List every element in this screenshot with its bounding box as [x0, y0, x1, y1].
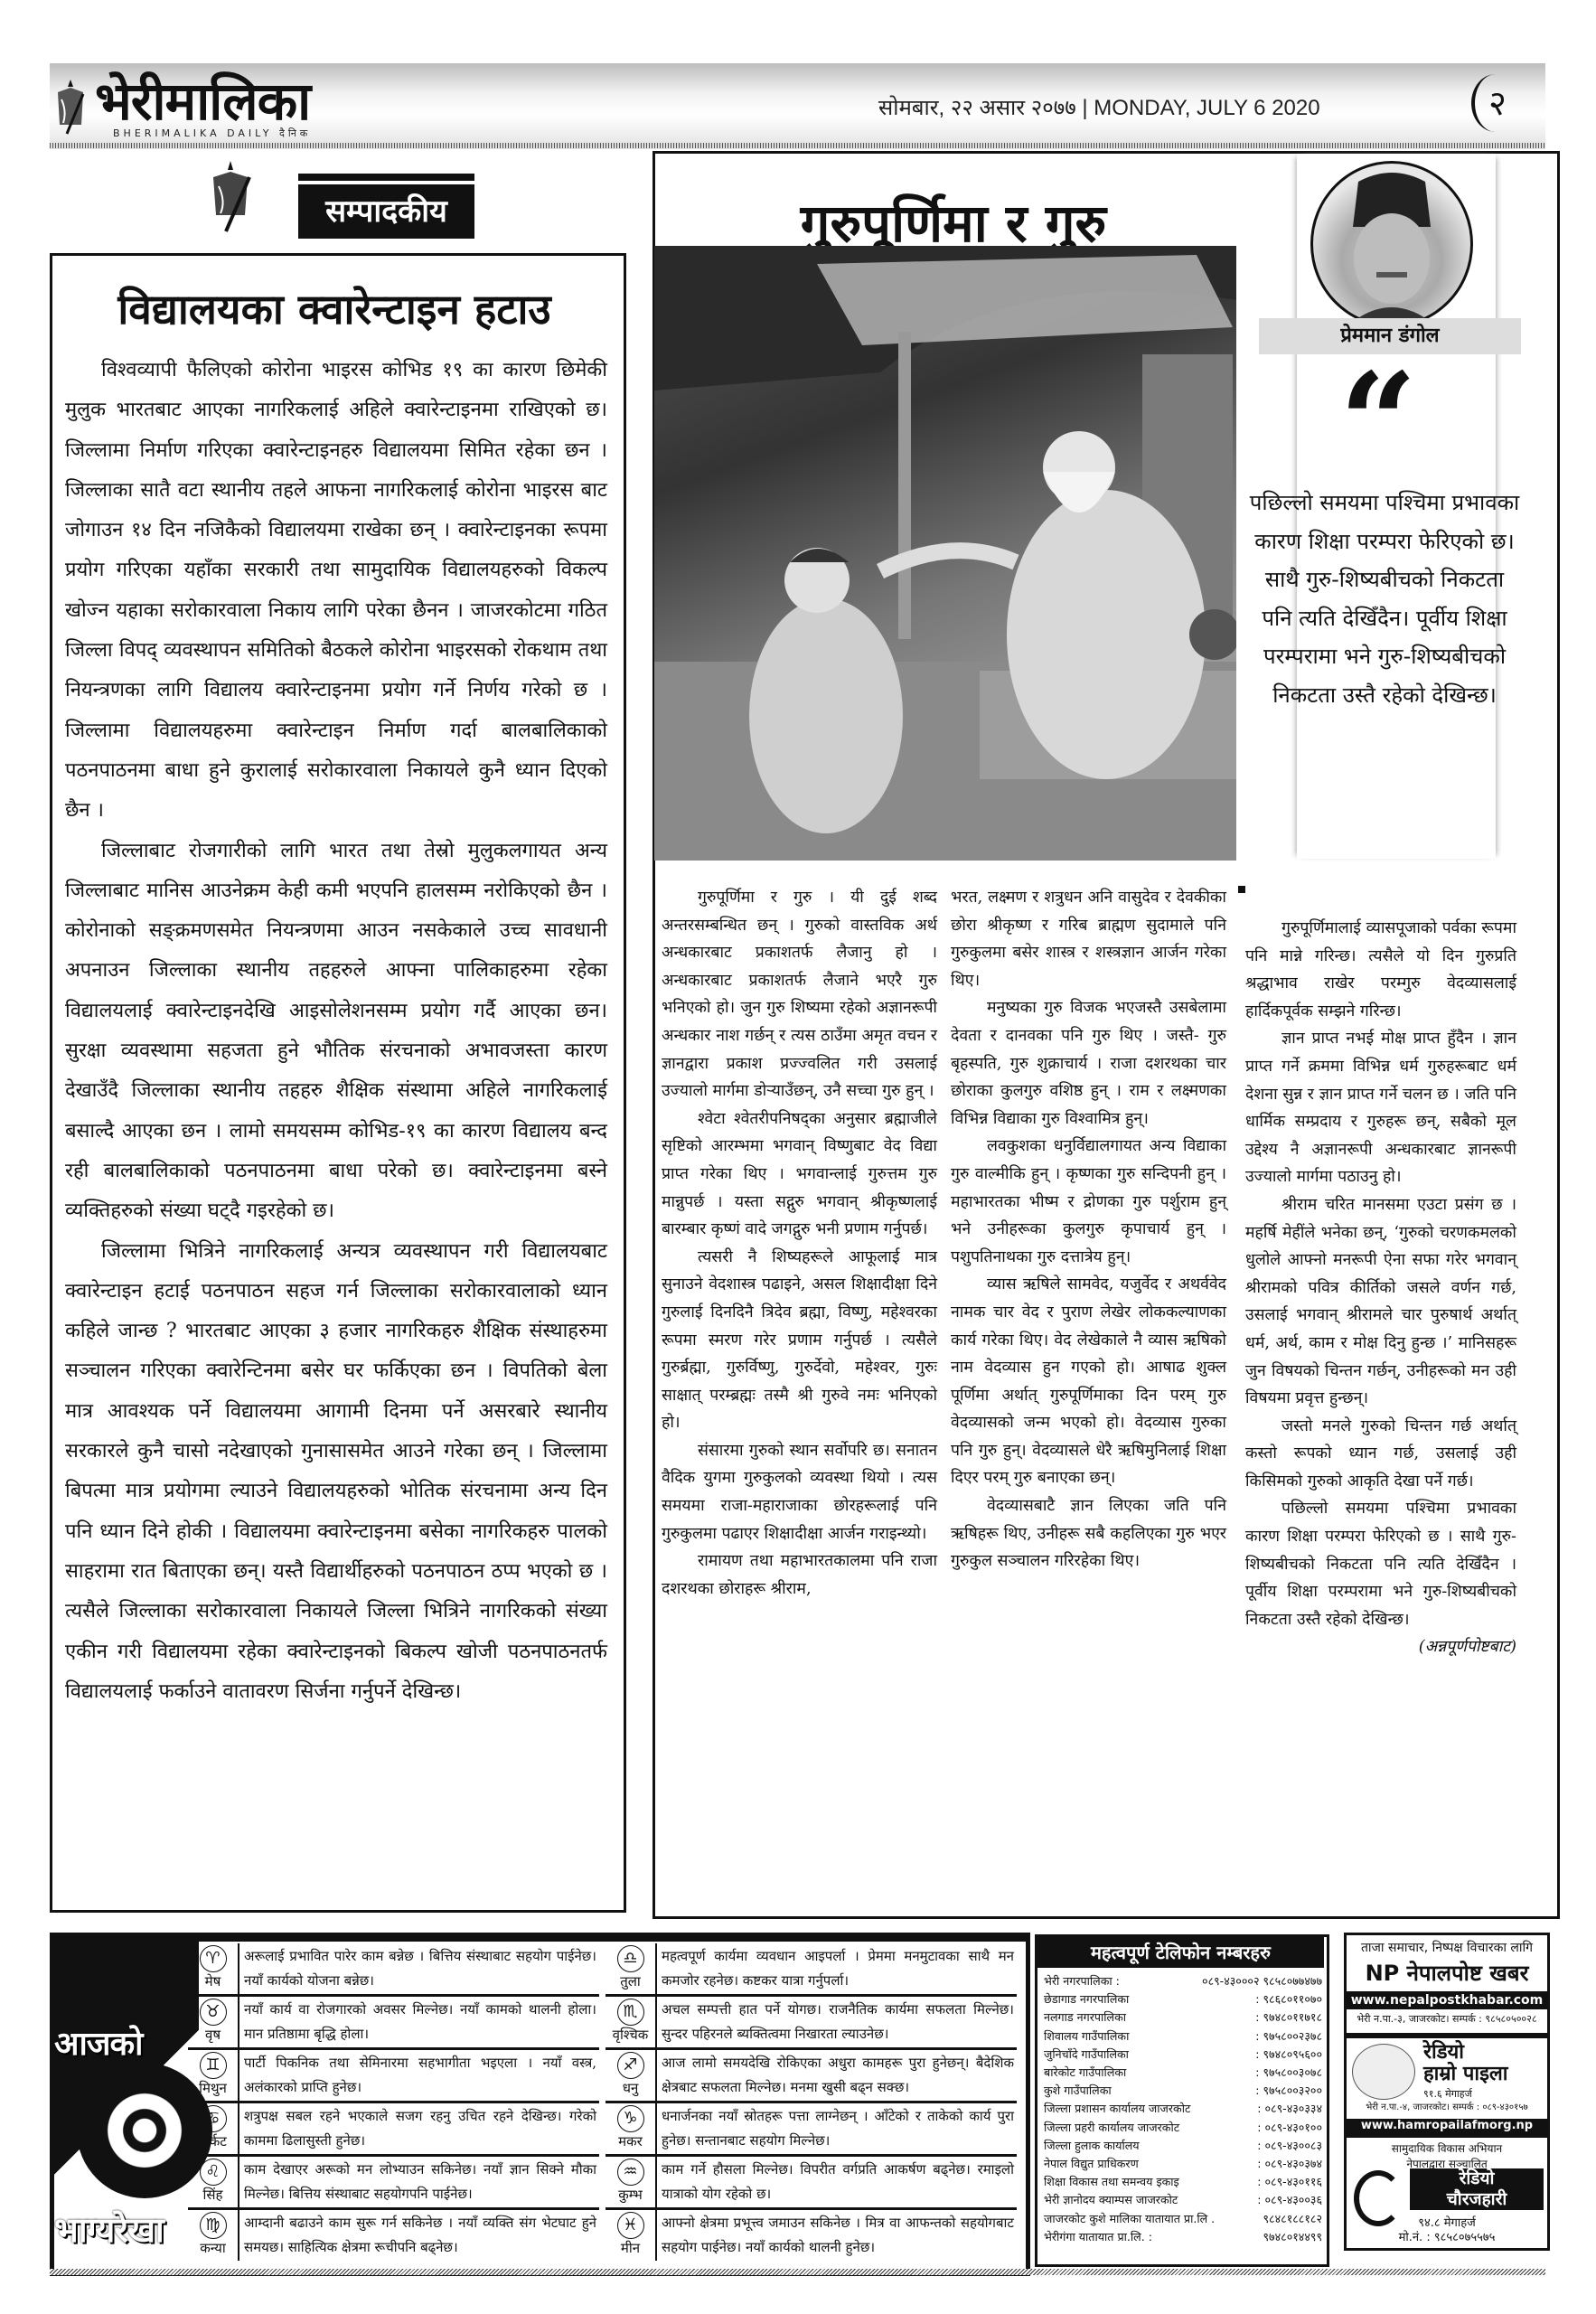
sign-name: मेष: [205, 1973, 221, 1989]
article-paragraph: श्वेटा श्वेतरीपनिषद्का अनुसार ब्रह्माजील…: [662, 1105, 937, 1244]
article-paragraph: भरत, लक्ष्मण र शत्रुधन अनि वासुदेव र देव…: [951, 884, 1226, 994]
phone-row: नेपाल विद्युत प्राधिकरण: ०८९-४३०३७४: [1044, 2155, 1322, 2173]
phone-number: : ९७४८०९५६००: [1255, 2046, 1322, 2064]
nepalpost-url-link[interactable]: www.nepalpostkhabar.com: [1347, 1991, 1547, 2009]
phone-row: बारेकोट गाउँपालिका: ९७५८००३०७८: [1044, 2064, 1322, 2082]
radio-chaurjahari-name: रेडियो चौरजहारी: [1410, 2168, 1544, 2210]
editorial-paragraph: विश्वव्यापी फैलिएको कोरोना भाइरस कोभिड १…: [65, 351, 607, 832]
phone-row: जुनिचाँदे गाउँपालिका: ९७४८०९५६००: [1044, 2046, 1322, 2064]
editorial-title: विद्यालयका क्वारेन्टाइन हटाउ: [63, 280, 606, 336]
phone-numbers-list: भेरी नगरपालिका :०८९-४३०००२ ९८५८०७७४७७ छे…: [1044, 1972, 1322, 2246]
phone-label: बारेकोट गाउँपालिका: [1044, 2064, 1126, 2082]
sign-name: तुला: [620, 1973, 641, 1989]
horoscope-title-bottom: भाग्यरेखा: [54, 2206, 164, 2253]
sign-forecast: आज लामो समयदेखि रोकिएका अधुरा कामहरू पुर…: [662, 2051, 1014, 2100]
nepalpost-tagline: ताजा समाचार, निष्पक्ष विचारका लागि: [1347, 1939, 1547, 1956]
phone-row: भेरी ज्ञानोदय क्याम्पस जाजरकोट: ०८९-४३००…: [1044, 2191, 1322, 2209]
radio-hamropaila-logo-icon: [1352, 2044, 1415, 2100]
chaurjahari-contact: मो.नं. : ९८५८०७५५७५: [1347, 2228, 1547, 2244]
sign-name: कर्कट: [199, 2133, 227, 2149]
sign-name: मिथुन: [199, 2080, 227, 2096]
sign-name: कन्या: [200, 2240, 226, 2256]
phone-label: शिक्षा विकास तथा समन्वय इकाइ: [1044, 2173, 1179, 2191]
phone-row: कुशे गाउँपालिका: ९७५८००३२००: [1044, 2082, 1322, 2100]
horoscope-row-dhanu: ♐धनु आज लामो समयदेखि रोकिएका अधुरा कामहर…: [606, 2050, 1017, 2103]
horoscope-row-kumbha: ♒कुम्भ काम गर्ने हौसला मिल्नेछ। विपरीत व…: [606, 2157, 1017, 2210]
article-column-3: गुरुपूर्णिमालाई व्यासपूजाको पर्वका रूपमा…: [1245, 915, 1516, 1661]
sign-forecast: शत्रुपक्ष सबल रहने भएकाले सजग रहनु उचित …: [244, 2104, 596, 2153]
phone-label: भेरी ज्ञानोदय क्याम्पस जाजरकोट: [1044, 2191, 1178, 2209]
article-paragraph: श्रीराम चरित मानसमा एउटा प्रसंग छ । महर्…: [1245, 1191, 1516, 1413]
phone-numbers-title: महत्वपूर्ण टेलिफोन नम्बरहरु: [1037, 1937, 1324, 1968]
sign-name: वृश्चिक: [613, 2027, 649, 2043]
horoscope-row-mesh: ♈मेष अरूलाई प्रभावित पारेर काम बन्नेछ । …: [188, 1943, 599, 1997]
phone-number: : ९७५८००३२००: [1255, 2082, 1322, 2100]
phone-row: नलगाड नगरपालिका: ९७४८०११७१८: [1044, 2008, 1322, 2027]
phone-number: : ९७५८००२३७८: [1255, 2027, 1322, 2046]
article-column-2: भरत, लक्ष्मण र शत्रुधन अनि वासुदेव र देव…: [951, 884, 1226, 1576]
article-illustration: [654, 246, 1236, 861]
horoscope-row-vrishchik: ♏वृश्चिक अचल सम्पत्ती हात पर्ने योगछ। रा…: [606, 1997, 1017, 2050]
phone-number: : ०८९-४३०१००: [1257, 2119, 1322, 2137]
pisces-icon: ♓: [617, 2212, 644, 2239]
aquarius-icon: ♒: [617, 2159, 644, 2186]
phone-number: : ९७५८००३०७८: [1255, 2064, 1322, 2082]
radio-hamropaila-contact: भेरी न.पा.-४, जाजरकोट। सम्पर्क : ०८९-४३०…: [1347, 2100, 1547, 2112]
phone-label: भेरी नगरपालिका :: [1044, 1972, 1120, 1990]
article-column-1: गुरुपूर्णिमा र गुरु । यी दुई शब्द अन्तरस…: [662, 884, 937, 1603]
phone-number: : ९८६८०११०७०: [1255, 1990, 1322, 2008]
phone-row: शिक्षा विकास तथा समन्वय इकाइ: ०८९-४३०११६: [1044, 2173, 1322, 2191]
editorial-paragraph: जिल्लाबाट रोजगारीको लागि भारत तथा तेस्रो…: [65, 832, 607, 1232]
article-paragraph: जस्तो मनले गुरुको चिन्तन गर्छ अर्थात् कस…: [1245, 1413, 1516, 1496]
phone-row: शिवालय गाउँपालिका: ९७५८००२३७८: [1044, 2027, 1322, 2046]
phone-label: छेडागाड नगरपालिका: [1044, 1990, 1129, 2008]
phone-row: जाजरकोट कुशे मालिका यातायात प्रा.लि .९८४…: [1044, 2210, 1322, 2228]
sign-forecast: पार्टी पिकनिक तथा सेमिनारमा सहभागीता भइए…: [244, 2051, 596, 2100]
sign-forecast: अरूलाई प्रभावित पारेर काम बन्नेछ । बित्त…: [244, 1944, 596, 1993]
sign-name: मीन: [621, 2240, 640, 2256]
sagittarius-icon: ♐: [617, 2052, 644, 2079]
article-paragraph: वेदव्यासबाटै ज्ञान लिएका जति पनि ऋषिहरू …: [951, 1492, 1226, 1576]
horoscope-title-top: आजको: [54, 2020, 142, 2065]
dateline: सोमबार, २२ असार २०७७ | MONDAY, JULY 6 20…: [878, 92, 1320, 122]
phone-row: भेरी नगरपालिका :०८९-४३०००२ ९८५८०७७४७७: [1044, 1972, 1322, 1990]
sign-name: सिंह: [203, 2187, 223, 2203]
radio-hamropaila-url-link[interactable]: www.hamropailafmorg.np: [1347, 2119, 1547, 2132]
horoscope-row-vrish: ♉वृष नयाँ कार्य वा रोजगारको अवसर मिल्नेछ…: [188, 1997, 599, 2050]
phone-label: कुशे गाउँपालिका: [1044, 2082, 1112, 2100]
phone-number: ०८९-४३०००२ ९८५८०७७४७७: [1202, 1972, 1322, 1990]
horoscope-row-meen: ♓मीन आफ्नो क्षेत्रमा प्रभूत्त्व जमाउन सक…: [606, 2210, 1017, 2261]
nepalpost-ad[interactable]: ताजा समाचार, निष्पक्ष विचारका लागि NP ने…: [1344, 1933, 1550, 2036]
phone-label: भेरीगंगा यातायात प्रा.लि. :: [1044, 2228, 1152, 2246]
quote-icon: “: [1319, 360, 1437, 486]
aries-icon: ♈: [200, 1945, 227, 1972]
phone-label: शिवालय गाउँपालिका: [1044, 2027, 1129, 2046]
phone-number: : ०८९-४३००८३: [1257, 2137, 1322, 2155]
article-paragraph: व्यास ऋषिले सामवेद, यजुर्वेद र अथर्ववेद …: [951, 1271, 1226, 1492]
phone-label: जिल्ला प्रहरी कार्यालय जाजरकोट: [1044, 2119, 1179, 2137]
libra-icon: ♎: [617, 1945, 644, 1972]
sign-name: कुम्भ: [618, 2187, 643, 2203]
article-paragraph: गुरुपूर्णिमालाई व्यासपूजाको पर्वका रूपमा…: [1245, 915, 1516, 1025]
sign-forecast: अचल सम्पत्ती हात पर्ने योगछ। राजनैतिक का…: [662, 1998, 1014, 2046]
nepalpost-contact: भेरी न.पा.-३, जाजरकोट। सम्पर्क : ९८५८०५०…: [1347, 2012, 1547, 2026]
radio-hamropaila-ad[interactable]: रेडियो हाम्रो पाइला ९१.६ मेगाहर्ज भेरी न…: [1344, 2036, 1550, 2135]
phone-row: छेडागाड नगरपालिका: ९८६८०११०७०: [1044, 1990, 1322, 2008]
page-number: २: [1471, 74, 1520, 132]
article-source-credit: (अन्नपूर्णपोष्टबाट): [1419, 1638, 1516, 1656]
article-paragraph: पछिल्लो समयमा पश्चिमा प्रभावका कारण शिक्…: [1245, 1495, 1516, 1633]
sign-name: मकर: [618, 2133, 643, 2149]
sign-forecast: काम गर्ने हौसला मिल्नेछ। विपरीत वर्गप्रत…: [662, 2158, 1014, 2206]
phone-label: नलगाड नगरपालिका: [1044, 2008, 1126, 2027]
sign-forecast: काम देखाएर अरूको मन लोभ्याउन सकिनेछ। नया…: [244, 2158, 596, 2206]
phone-row: भेरीगंगा यातायात प्रा.लि. :९७४८०१४४९९: [1044, 2228, 1322, 2246]
horoscope-row-karkat: ♋कर्कट शत्रुपक्ष सबल रहने भएकाले सजग रहन…: [188, 2103, 599, 2157]
phone-number: ९७४८०१४४९९: [1263, 2228, 1323, 2246]
phone-number: : ०८९-४३००३६: [1257, 2191, 1322, 2209]
cancer-icon: ♋: [200, 2105, 227, 2132]
radio-hamropaila-frequency: ९१.६ मेगाहर्ज: [1423, 2087, 1472, 2101]
gemini-icon: ♊: [200, 2052, 227, 2079]
newspaper-logo-icon: [54, 80, 87, 136]
article-paragraph: लवकुशका धनुर्विद्यालगायत अन्य विद्याका ग…: [951, 1133, 1226, 1271]
capricorn-icon: ♑: [617, 2105, 644, 2132]
masthead-divider: [50, 143, 1545, 148]
newspaper-logo-subtitle: BHERIMALIKA DAILY दैनिक: [113, 127, 311, 140]
scorpio-icon: ♏: [617, 1999, 644, 2026]
virgo-icon: ♍: [200, 2212, 227, 2239]
phone-number: : ०८९-४३०११६: [1257, 2173, 1322, 2191]
editorial-logo-icon: [208, 161, 253, 233]
phone-number: : ०८९-४३०३७४: [1257, 2155, 1322, 2173]
horoscope-row-makar: ♑मकर धनार्जनका नयाँ स्रोतहरू पत्ता लाग्न…: [606, 2103, 1017, 2157]
sign-forecast: आम्दानी बढाउने काम सुरू गर्न सकिनेछ । नय…: [244, 2211, 596, 2260]
sign-forecast: नयाँ कार्य वा रोजगारको अवसर मिल्नेछ। नया…: [244, 1998, 596, 2046]
phone-number: : ०८९-४३०३३४: [1257, 2100, 1322, 2118]
phone-label: नेपाल विद्युत प्राधिकरण: [1044, 2155, 1139, 2173]
phone-label: जिल्ला हुलाक कार्यालय: [1044, 2137, 1140, 2155]
taurus-icon: ♉: [200, 1999, 227, 2026]
horoscope-row-mithun: ♊मिथुन पार्टी पिकनिक तथा सेमिनारमा सहभाग…: [188, 2050, 599, 2103]
newspaper-logo-title: भेरीमालिका: [95, 63, 310, 135]
phone-row: जिल्ला प्रशासन कार्यालय जाजरकोट: ०८९-४३०…: [1044, 2100, 1322, 2118]
horoscope-row-simha: ♌सिंह काम देखाएर अरूको मन लोभ्याउन सकिने…: [188, 2157, 599, 2210]
sign-forecast: महत्वपूर्ण कार्यमा व्यवधान आइपर्ला । प्र…: [662, 1944, 1014, 1993]
phone-label: जाजरकोट कुशे मालिका यातायात प्रा.लि .: [1044, 2210, 1215, 2228]
chaurjahari-tagline-1: सामुदायिक विकास अभियान: [1347, 2140, 1547, 2156]
phone-number: : ९७४८०११७१८: [1255, 2008, 1322, 2027]
pull-quote: पछिल्लो समयमा पश्चिमा प्रभावका कारण शिक्…: [1249, 484, 1520, 714]
article-paragraph: संसारमा गुरुको स्थान सर्वोपरि छ। सनातन व…: [662, 1437, 937, 1547]
sign-forecast: धनार्जनका नयाँ स्रोतहरू पत्ता लाग्नेछन् …: [662, 2104, 1014, 2153]
guru-disciple-image: [654, 246, 1236, 861]
column-marker: [1238, 886, 1245, 893]
article-paragraph: गुरुपूर्णिमा र गुरु । यी दुई शब्द अन्तरस…: [662, 884, 937, 1105]
radio-hamropaila-name: रेडियो हाम्रो पाइला: [1423, 2042, 1508, 2085]
phone-label: जिल्ला प्रशासन कार्यालय जाजरकोट: [1044, 2100, 1190, 2118]
article-paragraph: रामायण तथा महाभारतकालमा पनि राजा दशरथका …: [662, 1547, 937, 1603]
horoscope-row-kanya: ♍कन्या आम्दानी बढाउने काम सुरू गर्न सकिन…: [188, 2210, 599, 2261]
article-paragraph: ज्ञान प्राप्त नभई मोक्ष प्राप्त हुँदैन ।…: [1245, 1025, 1516, 1191]
article-paragraph: मनुष्यका गुरु विजक भएजस्तै उसबेलामा देवत…: [951, 994, 1226, 1133]
radio-chaurjahari-ad[interactable]: सामुदायिक विकास अभियान नेपालद्वारा सञ्चा…: [1344, 2135, 1550, 2251]
sign-forecast: आफ्नो क्षेत्रमा प्रभूत्त्व जमाउन सकिनेछ …: [662, 2211, 1014, 2260]
editorial-section-label: सम्पादकीय: [298, 181, 474, 239]
leo-icon: ♌: [200, 2159, 227, 2186]
phone-row: जिल्ला प्रहरी कार्यालय जाजरकोट: ०८९-४३०१…: [1044, 2119, 1322, 2137]
sign-name: वृष: [205, 2027, 221, 2043]
author-avatar: [1310, 161, 1473, 327]
sign-name: धनु: [623, 2080, 639, 2096]
editorial-body: विश्वव्यापी फैलिएको कोरोना भाइरस कोभिड १…: [65, 351, 607, 1712]
footer-divider: [50, 2269, 1545, 2275]
article-paragraph: त्यसरी नै शिष्यहरूले आफूलाई मात्र सुनाउन…: [662, 1244, 937, 1437]
phone-label: जुनिचाँदे गाउँपालिका: [1044, 2046, 1129, 2064]
horoscope-row-tula: ♎तुला महत्वपूर्ण कार्यमा व्यवधान आइपर्ला…: [606, 1943, 1017, 1997]
phone-row: जिल्ला हुलाक कार्यालय: ०८९-४३००८३: [1044, 2137, 1322, 2155]
nepalpost-logo: NP नेपालपोष्ट खबर: [1347, 1958, 1547, 1988]
editorial-paragraph: जिल्लामा भित्रिने नागरिकलाई अन्यत्र व्यव…: [65, 1232, 607, 1713]
phone-number: ९८४८१८८१८२: [1263, 2210, 1323, 2228]
